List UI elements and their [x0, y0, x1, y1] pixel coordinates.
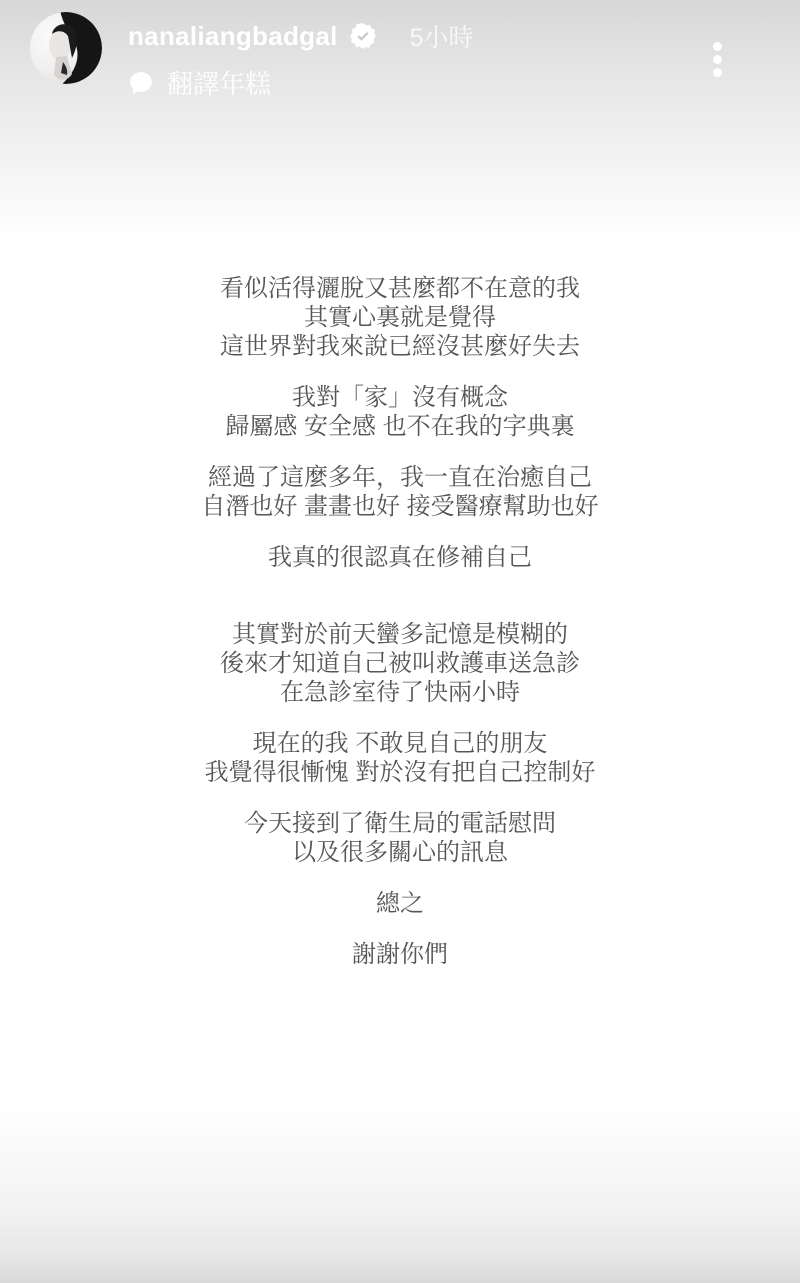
kebab-menu-icon: [713, 68, 722, 77]
timestamp: 5小時: [410, 18, 474, 54]
story-text: 看似活得灑脫又甚麼都不在意的我 其實心裏就是覺得 這世界對我來說已經沒甚麼好失去…: [0, 274, 800, 991]
story-line: 在急診室待了快兩小時: [0, 678, 800, 707]
story-line: 現在的我 不敢見自己的朋友: [0, 729, 800, 758]
story-paragraph: 經過了這麼多年，我一直在治癒自己 自潛也好 畫畫也好 接受醫療幫助也好: [0, 463, 800, 521]
story-paragraph: 謝謝你們: [0, 940, 800, 969]
speech-bubble-icon: [128, 70, 154, 96]
verified-badge-icon: [350, 23, 376, 49]
story-paragraph: 我對「家」沒有概念 歸屬感 安全感 也不在我的字典裏: [0, 383, 800, 441]
story-paragraph: 現在的我 不敢見自己的朋友 我覺得很慚愧 對於沒有把自己控制好: [0, 729, 800, 787]
header-text-block: nanaliangbadgal 5小時 翻譯年糕: [128, 12, 474, 101]
kebab-menu-icon: [713, 42, 722, 51]
story-line: 以及很多關心的訊息: [0, 838, 800, 867]
avatar[interactable]: [30, 12, 102, 84]
story-line: 謝謝你們: [0, 940, 800, 969]
story-line: 其實心裏就是覺得: [0, 303, 800, 332]
story-paragraph: 今天接到了衛生局的電話慰問 以及很多關心的訊息: [0, 809, 800, 867]
story-paragraph: 總之: [0, 889, 800, 918]
story-line: 自潛也好 畫畫也好 接受醫療幫助也好: [0, 492, 800, 521]
story-line: 後來才知道自己被叫救護車送急診: [0, 649, 800, 678]
story-line: 我真的很認真在修補自己: [0, 543, 800, 572]
username-row: nanaliangbadgal 5小時: [128, 18, 474, 54]
story-line: 今天接到了衛生局的電話慰問: [0, 809, 800, 838]
profile-avatar: [30, 12, 102, 84]
story-paragraph: 我真的很認真在修補自己: [0, 543, 800, 572]
see-translation-button[interactable]: 翻譯年糕: [128, 64, 474, 101]
story-viewer[interactable]: nanaliangbadgal 5小時 翻譯年糕: [0, 0, 800, 1283]
story-line: 歸屬感 安全感 也不在我的字典裏: [0, 412, 800, 441]
username[interactable]: nanaliangbadgal: [128, 21, 338, 52]
story-line: 我對「家」沒有概念: [0, 383, 800, 412]
kebab-menu-icon: [713, 55, 722, 64]
story-options-button[interactable]: [709, 38, 726, 81]
story-header: nanaliangbadgal 5小時 翻譯年糕: [30, 12, 770, 101]
story-line: 經過了這麼多年，我一直在治癒自己: [0, 463, 800, 492]
story-line: 這世界對我來說已經沒甚麼好失去: [0, 332, 800, 361]
story-paragraph: 其實對於前天蠻多記憶是模糊的 後來才知道自己被叫救護車送急診 在急診室待了快兩小…: [0, 620, 800, 707]
story-line: 看似活得灑脫又甚麼都不在意的我: [0, 274, 800, 303]
story-line: 我覺得很慚愧 對於沒有把自己控制好: [0, 758, 800, 787]
story-line: 總之: [0, 889, 800, 918]
story-paragraph: 看似活得灑脫又甚麼都不在意的我 其實心裏就是覺得 這世界對我來說已經沒甚麼好失去: [0, 274, 800, 361]
see-translation-label: 翻譯年糕: [167, 64, 271, 101]
story-line: 其實對於前天蠻多記憶是模糊的: [0, 620, 800, 649]
